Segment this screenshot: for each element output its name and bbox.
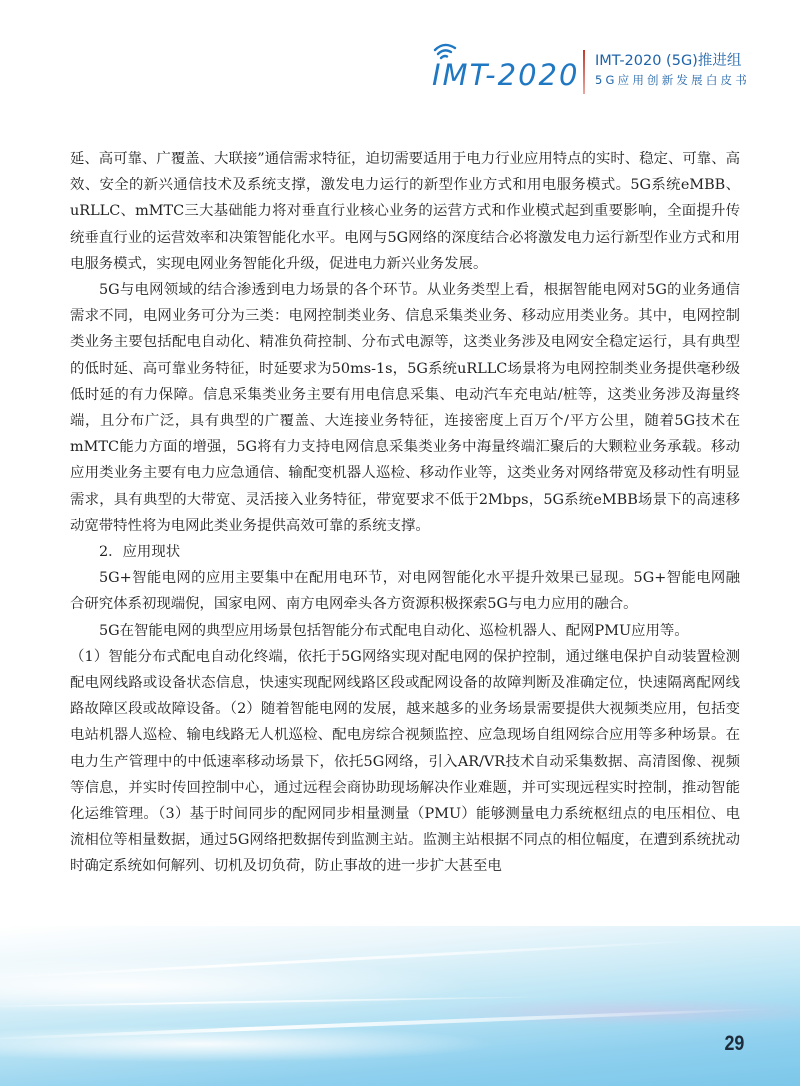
- page-header: IMT-2020 IMT-2020 (5G)推进组 5G应用创新发展白皮书: [428, 40, 768, 110]
- section-heading-application-status: 2．应用现状: [70, 539, 740, 565]
- light-streak: [0, 996, 560, 1008]
- page-number: 29: [724, 1032, 744, 1056]
- publication-org: IMT-2020 (5G)推进组: [595, 52, 741, 70]
- footer-decoration: [0, 926, 800, 1086]
- light-streak: [0, 938, 719, 981]
- light-streak: [0, 1007, 779, 1042]
- paragraph-scenario-details: （1）智能分布式配电自动化终端，依托于5G网络实现对配电网的保护控制，通过继电保…: [70, 644, 740, 880]
- publication-title: 5G应用创新发展白皮书: [595, 72, 750, 88]
- paragraph-application-overview: 5G+智能电网的应用主要集中在配用电环节，对电网智能化水平提升效果已显现。5G+…: [70, 565, 740, 617]
- paragraph-service-types: 5G与电网领域的结合渗透到电力场景的各个环节。从业务类型上看，根据智能电网对5G…: [70, 277, 740, 539]
- imt-2020-logo: IMT-2020: [428, 40, 578, 110]
- paragraph-1-continuation: 延、高可靠、广覆盖、大联接”通信需求特征，迫切需要适用于电力行业应用特点的实时、…: [70, 146, 740, 277]
- body-text: 延、高可靠、广覆盖、大联接”通信需求特征，迫切需要适用于电力行业应用特点的实时、…: [70, 146, 740, 880]
- header-divider: [583, 50, 585, 94]
- logo-text: IMT-2020: [432, 58, 579, 92]
- paragraph-typical-scenarios: 5G在智能电网的典型应用场景包括智能分布式配电自动化、巡检机器人、配网PMU应用…: [70, 618, 740, 644]
